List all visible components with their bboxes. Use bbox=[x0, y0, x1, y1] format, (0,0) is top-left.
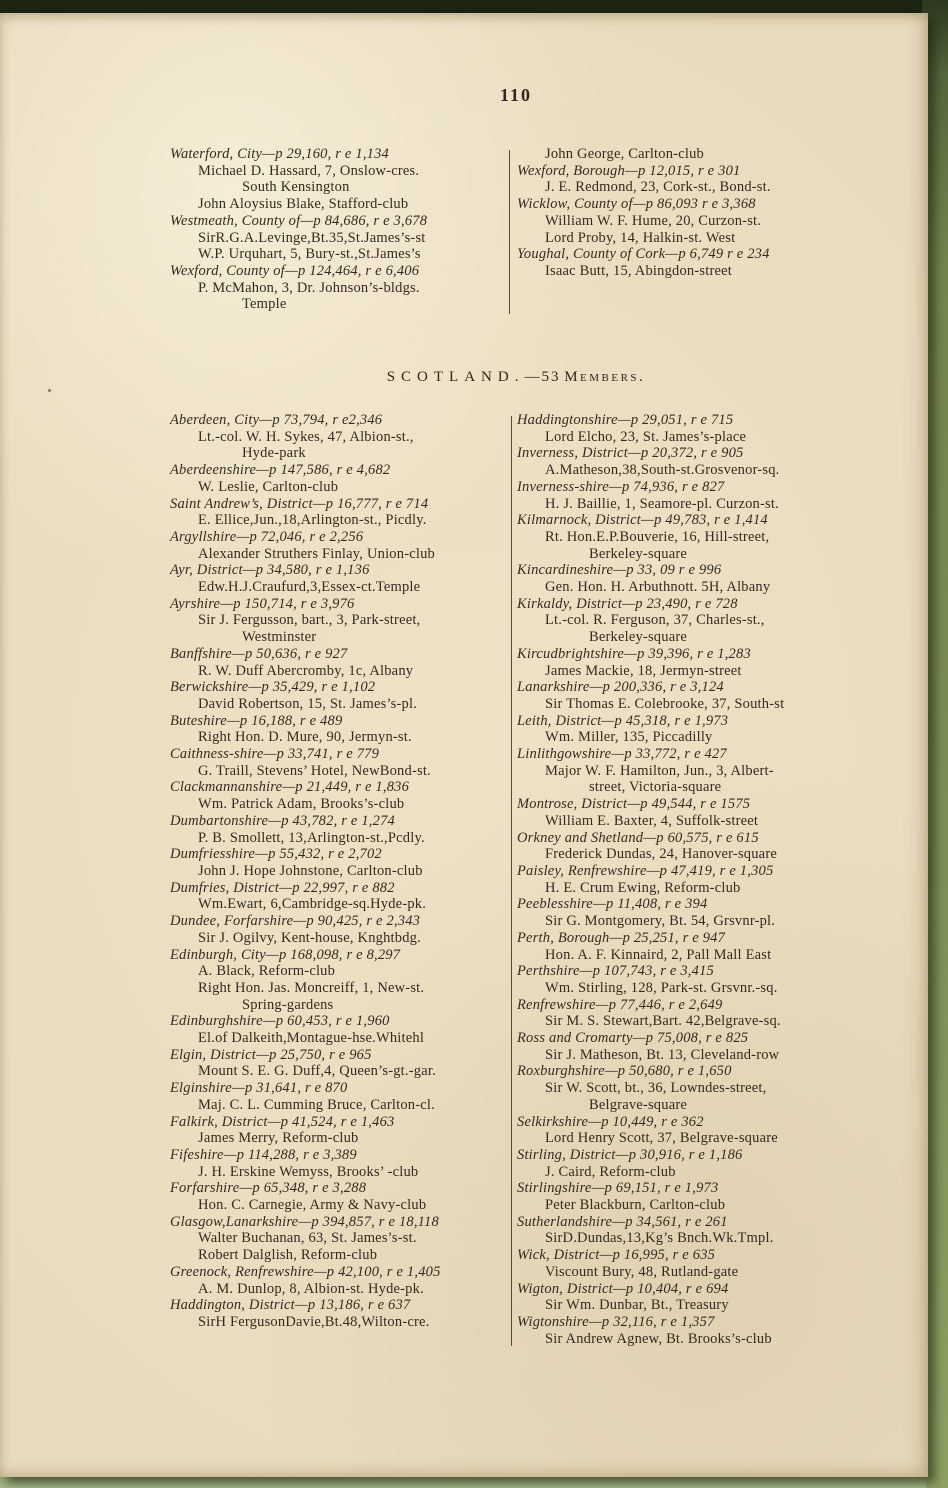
constituency-entry: Wexford, Borough—p 12,015, r e 301 bbox=[517, 163, 862, 180]
constituency-entry: Falkirk, District—p 41,524, r e 1,463 bbox=[170, 1114, 506, 1131]
member-entry: A.Matheson,38,South-st.Grosvenor-sq. bbox=[517, 462, 862, 479]
constituency-entry: Peeblesshire—p 11,408, r e 394 bbox=[517, 896, 862, 913]
constituency-entry: Leith, District—p 45,318, r e 1,973 bbox=[517, 713, 862, 730]
member-entry: Sir Thomas E. Colebrooke, 37, South-st bbox=[517, 696, 862, 713]
constituency-entry: Edinburghshire—p 60,453, r e 1,960 bbox=[170, 1013, 506, 1030]
member-entry: John J. Hope Johnstone, Carlton-club bbox=[170, 863, 506, 880]
member-entry: Hon. C. Carnegie, Army & Navy-club bbox=[170, 1197, 506, 1214]
member-entry: G. Traill, Stevens’ Hotel, NewBond-st. bbox=[170, 763, 506, 780]
member-entry: Right Hon. Jas. Moncreiff, 1, New-st. bbox=[170, 980, 506, 997]
constituency-entry: Wick, District—p 16,995, r e 635 bbox=[517, 1247, 862, 1264]
constituency-entry: Stirlingshire—p 69,151, r e 1,973 bbox=[517, 1180, 862, 1197]
member-entry: Wm.Ewart, 6,Cambridge-sq.Hyde-pk. bbox=[170, 896, 506, 913]
page-number: 110 bbox=[170, 85, 862, 106]
member-entry: Robert Dalglish, Reform-club bbox=[170, 1247, 506, 1264]
member-entry-continuation: street, Victoria-square bbox=[517, 779, 862, 796]
member-entry-continuation: Hyde-park bbox=[170, 445, 506, 462]
member-entry: Wm. Patrick Adam, Brooks’s-club bbox=[170, 796, 506, 813]
constituency-entry: Edinburgh, City—p 168,098, r e 8,297 bbox=[170, 947, 506, 964]
member-entry: John Aloysius Blake, Stafford-club bbox=[170, 196, 506, 213]
constituency-entry: Ayr, District—p 34,580, r e 1,136 bbox=[170, 562, 506, 579]
constituency-entry: Wigton, District—p 10,404, r e 694 bbox=[517, 1281, 862, 1298]
constituency-entry: Wexford, County of—p 124,464, r e 6,406 bbox=[170, 263, 506, 280]
constituency-entry: Aberdeenshire—p 147,586, r e 4,682 bbox=[170, 462, 506, 479]
member-entry: Gen. Hon. H. Arbuthnott. 5H, Albany bbox=[517, 579, 862, 596]
member-entry: Sir G. Montgomery, Bt. 54, Grsvnr-pl. bbox=[517, 913, 862, 930]
constituency-entry: Greenock, Renfrewshire—p 42,100, r e 1,4… bbox=[170, 1264, 506, 1281]
constituency-entry: Saint Andrew’s, District—p 16,777, r e 7… bbox=[170, 496, 506, 513]
constituency-entry: Fifeshire—p 114,288, r e 3,389 bbox=[170, 1147, 506, 1164]
member-entry: Hon. A. F. Kinnaird, 2, Pall Mall East bbox=[517, 947, 862, 964]
member-entry: A. M. Dunlop, 8, Albion-st. Hyde-pk. bbox=[170, 1281, 506, 1298]
constituency-entry: Dumfries, District—p 22,997, r e 882 bbox=[170, 880, 506, 897]
constituency-entry: Wigtonshire—p 32,116, r e 1,357 bbox=[517, 1314, 862, 1331]
constituency-entry: Buteshire—p 16,188, r e 489 bbox=[170, 713, 506, 730]
member-entry: Lord Henry Scott, 37, Belgrave-square bbox=[517, 1130, 862, 1147]
ink-speck bbox=[48, 389, 51, 392]
scotland-heading-name: SCOTLAND. bbox=[387, 369, 525, 385]
member-entry: P. McMahon, 3, Dr. Johnson’s-bldgs. bbox=[170, 280, 506, 297]
member-entry: Sir J. Fergusson, bart., 3, Park-street, bbox=[170, 612, 506, 629]
member-entry: J. E. Redmond, 23, Cork-st., Bond-st. bbox=[517, 179, 862, 196]
constituency-entry: Montrose, District—p 49,544, r e 1575 bbox=[517, 796, 862, 813]
member-entry: Sir M. S. Stewart,Bart. 42,Belgrave-sq. bbox=[517, 1013, 862, 1030]
member-entry: Lt.-col. R. Ferguson, 37, Charles-st., bbox=[517, 612, 862, 629]
constituency-entry: Ayrshire—p 150,714, r e 3,976 bbox=[170, 596, 506, 613]
member-entry: Sir Wm. Dunbar, Bt., Treasury bbox=[517, 1297, 862, 1314]
member-entry: Michael D. Hassard, 7, Onslow-cres. bbox=[170, 163, 506, 180]
member-entry: James Merry, Reform-club bbox=[170, 1130, 506, 1147]
constituency-entry: Berwickshire—p 35,429, r e 1,102 bbox=[170, 679, 506, 696]
constituency-entry: Perthshire—p 107,743, r e 3,415 bbox=[517, 963, 862, 980]
member-entry: Wm. Miller, 135, Piccadilly bbox=[517, 729, 862, 746]
member-entry: Lord Proby, 14, Halkin-st. West bbox=[517, 230, 862, 247]
scotland-section-heading: SCOTLAND.—53 Members. bbox=[170, 369, 862, 386]
member-entry: Walter Buchanan, 63, St. James’s-st. bbox=[170, 1230, 506, 1247]
member-entry: Peter Blackburn, Carlton-club bbox=[517, 1197, 862, 1214]
constituency-entry: Perth, Borough—p 25,251, r e 947 bbox=[517, 930, 862, 947]
constituency-entry: Paisley, Renfrewshire—p 47,419, r e 1,30… bbox=[517, 863, 862, 880]
member-entry: Sir J. Matheson, Bt. 13, Cleveland-row bbox=[517, 1047, 862, 1064]
constituency-entry: Haddingtonshire—p 29,051, r e 715 bbox=[517, 412, 862, 429]
constituency-entry: Stirling, District—p 30,916, r e 1,186 bbox=[517, 1147, 862, 1164]
constituency-entry: Inverness, District—p 20,372, r e 905 bbox=[517, 445, 862, 462]
member-entry: Frederick Dundas, 24, Hanover-square bbox=[517, 846, 862, 863]
column-divider-rule bbox=[511, 416, 512, 1346]
constituency-entry: Linlithgowshire—p 33,772, r e 427 bbox=[517, 746, 862, 763]
constituency-entry: Selkirkshire—p 10,449, r e 362 bbox=[517, 1114, 862, 1131]
constituency-entry: Clackmannanshire—p 21,449, r e 1,836 bbox=[170, 779, 506, 796]
member-entry: Isaac Butt, 15, Abingdon-street bbox=[517, 263, 862, 280]
constituency-entry: Roxburghshire—p 50,680, r e 1,650 bbox=[517, 1063, 862, 1080]
member-entry-continuation: Temple bbox=[170, 296, 506, 313]
constituency-entry: Waterford, City—p 29,160, r e 1,134 bbox=[170, 146, 506, 163]
constituency-entry: Glasgow,Lanarkshire—p 394,857, r e 18,11… bbox=[170, 1214, 506, 1231]
member-entry: P. B. Smollett, 13,Arlington-st.,Pcdly. bbox=[170, 830, 506, 847]
member-entry: J. Caird, Reform-club bbox=[517, 1164, 862, 1181]
scotland-left-column: Aberdeen, City—p 73,794, r e2,346Lt.-col… bbox=[170, 412, 506, 1331]
member-entry: W. Leslie, Carlton-club bbox=[170, 479, 506, 496]
member-entry: Sir Andrew Agnew, Bt. Brooks’s-club bbox=[517, 1331, 862, 1348]
member-entry: Wm. Stirling, 128, Park-st. Grsvnr.-sq. bbox=[517, 980, 862, 997]
member-entry-continuation: Spring-gardens bbox=[170, 997, 506, 1014]
member-entry-continuation: Westminster bbox=[170, 629, 506, 646]
constituency-entry: Caithness-shire—p 33,741, r e 779 bbox=[170, 746, 506, 763]
member-entry: James Mackie, 18, Jermyn-street bbox=[517, 663, 862, 680]
constituency-entry: Argyllshire—p 72,046, r e 2,256 bbox=[170, 529, 506, 546]
member-entry: Lord Elcho, 23, St. James’s-place bbox=[517, 429, 862, 446]
constituency-entry: Dumfriesshire—p 55,432, r e 2,702 bbox=[170, 846, 506, 863]
constituency-entry: Wicklow, County of—p 86,093 r e 3,368 bbox=[517, 196, 862, 213]
constituency-entry: Dundee, Forfarshire—p 90,425, r e 2,343 bbox=[170, 913, 506, 930]
column-divider-rule bbox=[509, 150, 510, 314]
scotland-right-column: Haddingtonshire—p 29,051, r e 715Lord El… bbox=[517, 412, 862, 1347]
constituency-entry: Kirkaldy, District—p 23,490, r e 728 bbox=[517, 596, 862, 613]
member-entry-continuation: Berkeley-square bbox=[517, 629, 862, 646]
ireland-left-column: Waterford, City—p 29,160, r e 1,134Micha… bbox=[170, 146, 506, 313]
member-entry: Mount S. E. G. Duff,4, Queen’s-gt.-gar. bbox=[170, 1063, 506, 1080]
member-entry: David Robertson, 15, St. James’s-pl. bbox=[170, 696, 506, 713]
constituency-entry: Youghal, County of Cork—p 6,749 r e 234 bbox=[517, 246, 862, 263]
member-entry: Maj. C. L. Cumming Bruce, Carlton-cl. bbox=[170, 1097, 506, 1114]
constituency-entry: Elgin, District—p 25,750, r e 965 bbox=[170, 1047, 506, 1064]
constituency-entry: Orkney and Shetland—p 60,575, r e 615 bbox=[517, 830, 862, 847]
member-entry: R. W. Duff Abercromby, 1c, Albany bbox=[170, 663, 506, 680]
constituency-entry: Aberdeen, City—p 73,794, r e2,346 bbox=[170, 412, 506, 429]
constituency-entry: Kilmarnock, District—p 49,783, r e 1,414 bbox=[517, 512, 862, 529]
member-entry: SirH FergusonDavie,Bt.48,Wilton-cre. bbox=[170, 1314, 506, 1331]
member-entry: Sir J. Ogilvy, Kent-house, Knghtbdg. bbox=[170, 930, 506, 947]
member-entry: Viscount Bury, 48, Rutland-gate bbox=[517, 1264, 862, 1281]
ireland-members-section: Waterford, City—p 29,160, r e 1,134Micha… bbox=[170, 146, 862, 322]
member-entry: Sir W. Scott, bt., 36, Lowndes-street, bbox=[517, 1080, 862, 1097]
member-entry: William W. F. Hume, 20, Curzon-st. bbox=[517, 213, 862, 230]
constituency-entry: Haddington, District—p 13,186, r e 637 bbox=[170, 1297, 506, 1314]
constituency-entry: Sutherlandshire—p 34,561, r e 261 bbox=[517, 1214, 862, 1231]
member-entry-continuation: Berkeley-square bbox=[517, 546, 862, 563]
constituency-entry: Dumbartonshire—p 43,782, r e 1,274 bbox=[170, 813, 506, 830]
member-entry-continuation: Belgrave-square bbox=[517, 1097, 862, 1114]
member-entry: J. H. Erskine Wemyss, Brooks’ -club bbox=[170, 1164, 506, 1181]
constituency-entry: Renfrewshire—p 77,446, r e 2,649 bbox=[517, 997, 862, 1014]
member-entry: Alexander Struthers Finlay, Union-club bbox=[170, 546, 506, 563]
scotland-heading-count: —53 bbox=[524, 369, 560, 385]
member-entry: Edw.H.J.Craufurd,3,Essex-ct.Temple bbox=[170, 579, 506, 596]
scotland-members-section: Aberdeen, City—p 73,794, r e2,346Lt.-col… bbox=[170, 412, 862, 1352]
constituency-entry: Elginshire—p 31,641, r e 870 bbox=[170, 1080, 506, 1097]
member-entry: SirR.G.A.Levinge,Bt.35,St.James’s-st bbox=[170, 230, 506, 247]
member-entry: E. Ellice,Jun.,18,Arlington-st., Picdly. bbox=[170, 512, 506, 529]
member-entry: W.P. Urquhart, 5, Bury-st.,St.James’s bbox=[170, 246, 506, 263]
member-entry: A. Black, Reform-club bbox=[170, 963, 506, 980]
member-entry: Right Hon. D. Mure, 90, Jermyn-st. bbox=[170, 729, 506, 746]
book-page: 110 Waterford, City—p 29,160, r e 1,134M… bbox=[0, 13, 928, 1477]
ireland-right-column: John George, Carlton-clubWexford, Boroug… bbox=[517, 146, 862, 280]
member-entry: John George, Carlton-club bbox=[517, 146, 862, 163]
constituency-entry: Ross and Cromarty—p 75,008, r e 825 bbox=[517, 1030, 862, 1047]
constituency-entry: Kincardineshire—p 33, 09 r e 996 bbox=[517, 562, 862, 579]
constituency-entry: Lanarkshire—p 200,336, r e 3,124 bbox=[517, 679, 862, 696]
member-entry: El.of Dalkeith,Montague-hse.Whitehl bbox=[170, 1030, 506, 1047]
constituency-entry: Inverness-shire—p 74,936, r e 827 bbox=[517, 479, 862, 496]
constituency-entry: Kircudbrightshire—p 39,396, r e 1,283 bbox=[517, 646, 862, 663]
member-entry: Lt.-col. W. H. Sykes, 47, Albion-st., bbox=[170, 429, 506, 446]
constituency-entry: Banffshire—p 50,636, r e 927 bbox=[170, 646, 506, 663]
constituency-entry: Forfarshire—p 65,348, r e 3,288 bbox=[170, 1180, 506, 1197]
member-entry: William E. Baxter, 4, Suffolk-street bbox=[517, 813, 862, 830]
member-entry: SirD.Dundas,13,Kg’s Bnch.Wk.Tmpl. bbox=[517, 1230, 862, 1247]
member-entry: H. E. Crum Ewing, Reform-club bbox=[517, 880, 862, 897]
scotland-heading-members: Members. bbox=[564, 369, 645, 385]
member-entry: Major W. F. Hamilton, Jun., 3, Albert- bbox=[517, 763, 862, 780]
member-entry-continuation: South Kensington bbox=[170, 179, 506, 196]
member-entry: H. J. Baillie, 1, Seamore-pl. Curzon-st. bbox=[517, 496, 862, 513]
scanned-book-page: { "page": { "number": "110" }, "ireland"… bbox=[0, 0, 948, 1488]
member-entry: Rt. Hon.E.P.Bouverie, 16, Hill-street, bbox=[517, 529, 862, 546]
constituency-entry: Westmeath, County of—p 84,686, r e 3,678 bbox=[170, 213, 506, 230]
print-area: 110 Waterford, City—p 29,160, r e 1,134M… bbox=[170, 13, 862, 1477]
